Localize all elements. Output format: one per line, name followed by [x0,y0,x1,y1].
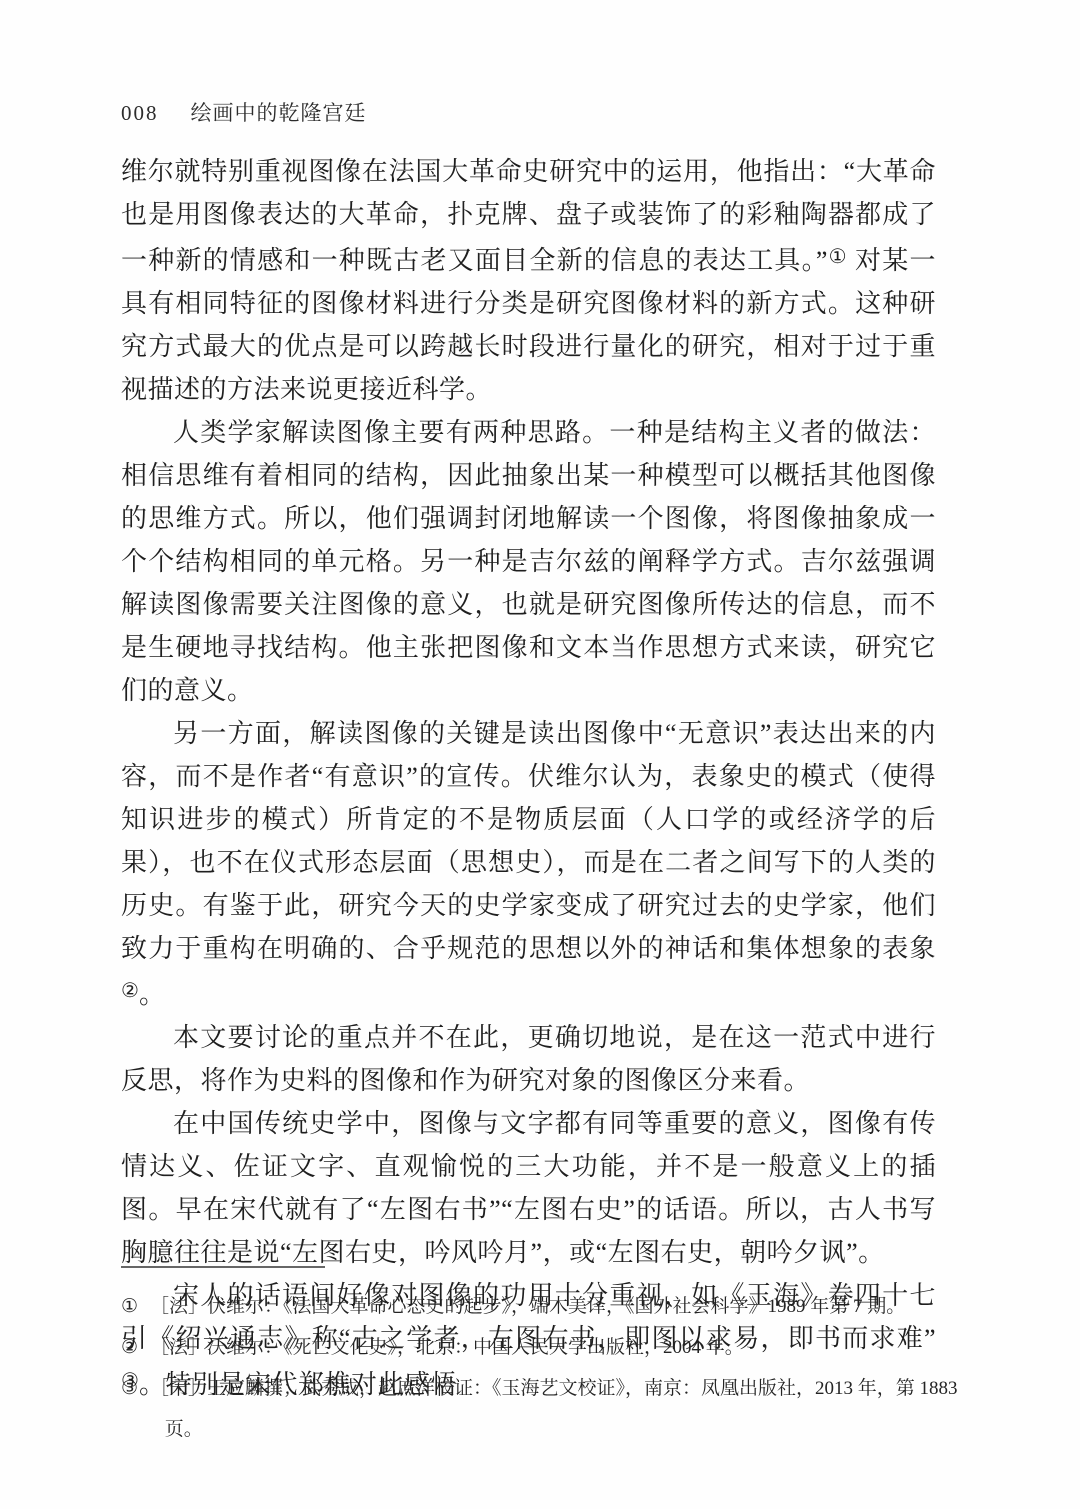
page-number: 008 [121,101,159,126]
paragraph: 维尔就特别重视图像在法国大革命史研究中的运用，他指出：“大革命也是用图像表达的大… [121,150,936,411]
footnote-divider [121,1266,325,1268]
text-run: 维尔就特别重视图像在法国大革命史研究中的运用，他指出：“大革命也是用图像表达的大… [121,157,936,275]
footnotes: ①［法］伏维尔：《法国大革命心态史的起步》，端木美译，《国外社会科学》1989 … [121,1286,971,1450]
footnote-ref: ② [121,980,139,1002]
footnote-text: ［法］伏维尔：《法国大革命心态史的起步》，端木美译，《国外社会科学》1989 年… [150,1296,905,1317]
footnote-marker: ② [121,1337,138,1358]
paragraph: 在中国传统史学中，图像与文字都有同等重要的意义，图像有传情达义、佐证文字、直观愉… [121,1102,936,1274]
page-header: 008 绘画中的乾隆宫廷 [121,97,367,127]
running-title: 绘画中的乾隆宫廷 [191,97,367,127]
footnote-marker: ③ [121,1378,138,1399]
book-page: 008 绘画中的乾隆宫廷 维尔就特别重视图像在法国大革命史研究中的运用，他指出：… [0,0,1080,1509]
paragraph: 人类学家解读图像主要有两种思路。一种是结构主义者的做法：相信思维有着相同的结构，… [121,411,936,712]
footnote-item: ①［法］伏维尔：《法国大革命心态史的起步》，端木美译，《国外社会科学》1989 … [121,1286,971,1327]
footnote-ref: ① [828,246,847,268]
body-text: 维尔就特别重视图像在法国大革命史研究中的运用，他指出：“大革命也是用图像表达的大… [121,150,936,1406]
text-run: 本文要讨论的重点并不在此，更确切地说，是在这一范式中进行反思，将作为史料的图像和… [121,1023,936,1095]
footnote-text: ［法］沃维尔：《死亡文化史》，北京：中国人民大学出版社，2004 年。 [150,1337,744,1358]
paragraph: 本文要讨论的重点并不在此，更确切地说，是在这一范式中进行反思，将作为史料的图像和… [121,1016,936,1102]
text-run: 。 [139,980,166,1009]
paragraph: 另一方面，解读图像的关键是读出图像中“无意识”表达出来的内容，而不是作者“有意识… [121,712,936,1016]
text-run: 在中国传统史学中，图像与文字都有同等重要的意义，图像有传情达义、佐证文字、直观愉… [121,1109,936,1267]
text-run: 人类学家解读图像主要有两种思路。一种是结构主义者的做法：相信思维有着相同的结构，… [121,418,936,705]
text-run: 另一方面，解读图像的关键是读出图像中“无意识”表达出来的内容，而不是作者“有意识… [121,719,936,963]
footnote-item: ②［法］沃维尔：《死亡文化史》，北京：中国人民大学出版社，2004 年。 [121,1327,971,1368]
footnote-text: ［宋］王应麟撰；武秀成，赵庶洋校证：《玉海艺文校证》，南京：凤凰出版社，2013… [150,1378,958,1440]
footnote-marker: ① [121,1296,138,1317]
footnote-item: ③［宋］王应麟撰；武秀成，赵庶洋校证：《玉海艺文校证》，南京：凤凰出版社，201… [121,1368,971,1450]
